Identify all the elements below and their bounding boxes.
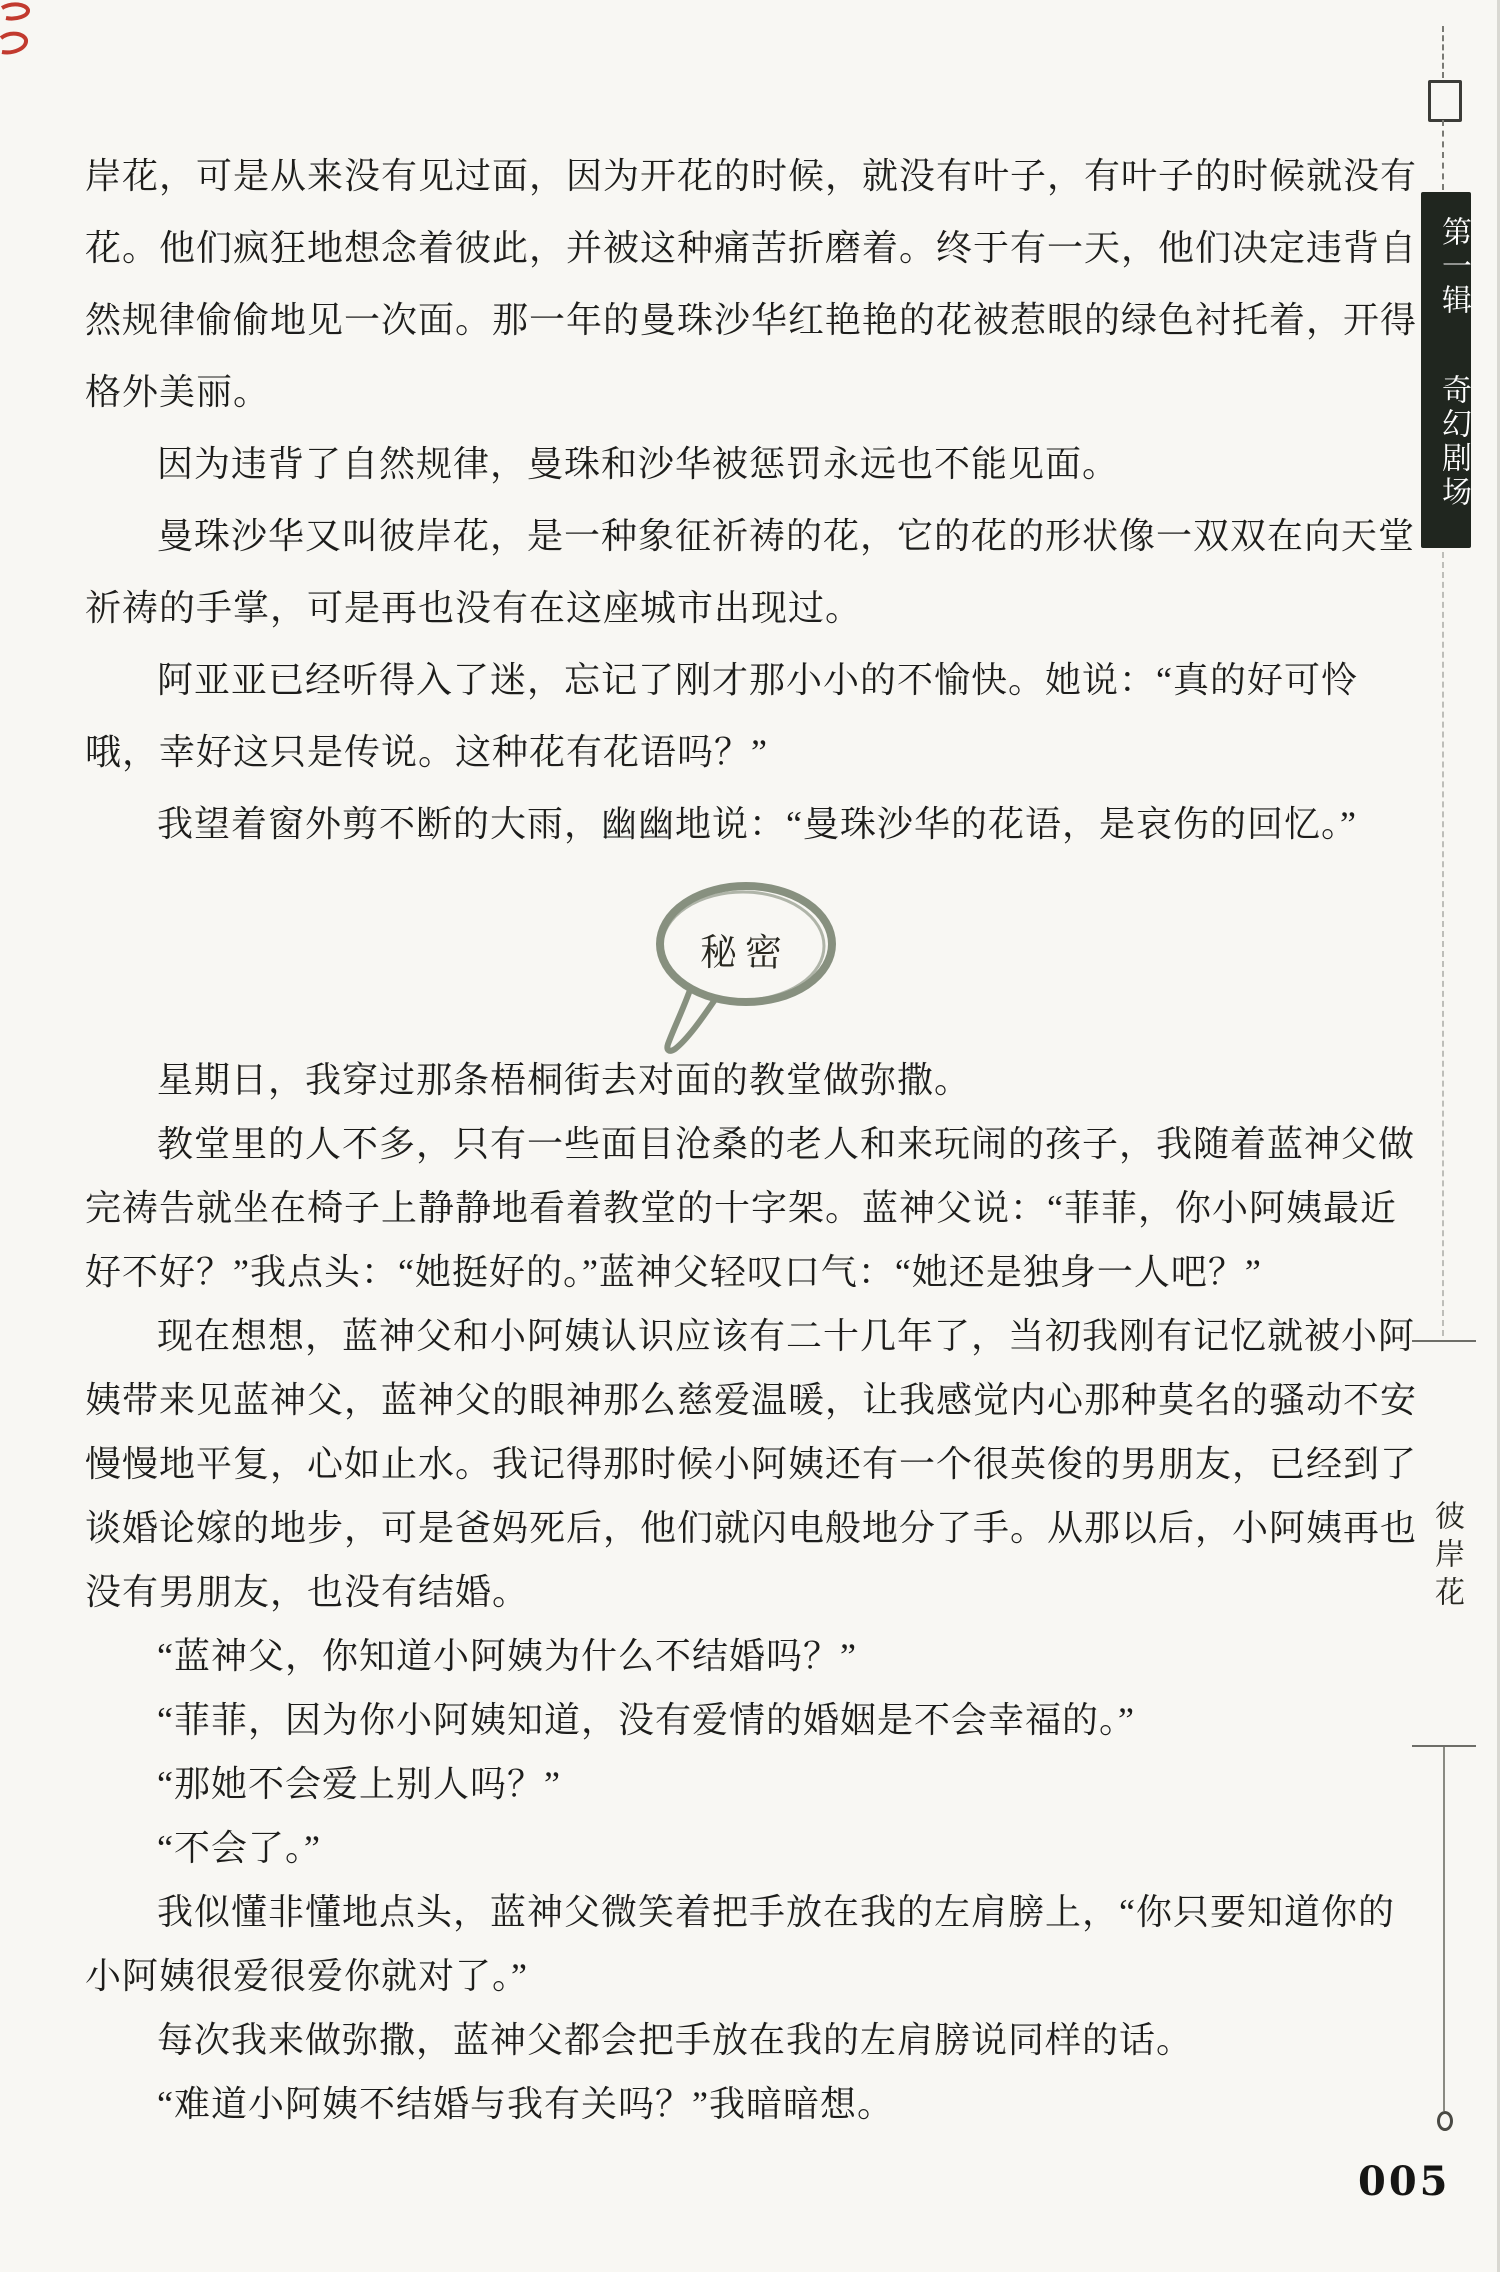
text-line: 慢慢地平复，心如止水。我记得那时候小阿姨还有一个很英俊的男朋友，已经到了 <box>85 1432 1397 1496</box>
text-line: 曼珠沙华又叫彼岸花，是一种象征祈祷的花，它的花的形状像一双双在向天堂 <box>85 500 1397 572</box>
body-text-upper: 岸花，可是从来没有见过面，因为开花的时候，就没有叶子，有叶子的时候就没有花。他们… <box>85 140 1397 860</box>
text-line: 好不好？”我点头：“她挺好的。”蓝神父轻叹口气：“她还是独身一人吧？” <box>85 1240 1397 1304</box>
text-line: 我似懂非懂地点头，蓝神父微笑着把手放在我的左肩膀上，“你只要知道你的 <box>85 1880 1397 1944</box>
secret-bubble-label: 秘密 <box>700 922 810 976</box>
text-line: 祈祷的手掌，可是再也没有在这座城市出现过。 <box>85 572 1397 644</box>
text-line: “蓝神父，你知道小阿姨为什么不结婚吗？” <box>85 1624 1397 1688</box>
text-line: 谈婚论嫁的地步，可是爸妈死后，他们就闪电般地分了手。从那以后，小阿姨再也 <box>85 1496 1397 1560</box>
text-line: 阿亚亚已经听得入了迷，忘记了刚才那小小的不愉快。她说：“真的好可怜 <box>85 644 1397 716</box>
text-line: 因为违背了自然规律，曼珠和沙华被惩罚永远也不能见面。 <box>85 428 1397 500</box>
sidebar-tick-line <box>1412 1340 1476 1342</box>
series-title-box: 第一辑 奇幻剧场 <box>1421 192 1471 548</box>
text-line: “不会了。” <box>85 1816 1397 1880</box>
chapter-title-vertical: 彼岸花 <box>1424 1500 1468 1614</box>
secret-bubble: 秘密 <box>638 872 848 1057</box>
text-line: “那她不会爱上别人吗？” <box>85 1752 1397 1816</box>
text-line: 每次我来做弥撒，蓝神父都会把手放在我的左肩膀说同样的话。 <box>85 2008 1397 2072</box>
text-line: 花。他们疯狂地想念着彼此，并被这种痛苦折磨着。终于有一天，他们决定违背自 <box>85 212 1397 284</box>
text-line: 现在想想，蓝神父和小阿姨认识应该有二十几年了，当初我刚有记忆就被小阿 <box>85 1304 1397 1368</box>
series-title: 奇幻剧场 <box>1431 374 1475 510</box>
sidebar-dashed-line <box>1442 26 1444 78</box>
text-line: 完祷告就坐在椅子上静静地看着教堂的十字架。蓝神父说：“菲菲，你小阿姨最近 <box>85 1176 1397 1240</box>
text-line: 星期日，我穿过那条梧桐街去对面的教堂做弥撒。 <box>85 1048 1397 1112</box>
empty-box-icon <box>1428 80 1462 122</box>
text-line: 我望着窗外剪不断的大雨，幽幽地说：“曼珠沙华的花语，是哀伤的回忆。” <box>85 788 1397 860</box>
sidebar-dashed-line <box>1442 552 1444 1336</box>
text-line: “难道小阿姨不结婚与我有关吗？”我暗暗想。 <box>85 2072 1397 2136</box>
text-line: 格外美丽。 <box>85 356 1397 428</box>
oval-terminator-icon <box>1437 2111 1453 2131</box>
series-label: 第一辑 <box>1431 216 1475 318</box>
red-pen-marks-icon <box>0 0 48 64</box>
text-line: 教堂里的人不多，只有一些面目沧桑的老人和来玩闹的孩子，我随着蓝神父做 <box>85 1112 1397 1176</box>
text-line: “菲菲，因为你小阿姨知道，没有爱情的婚姻是不会幸福的。” <box>85 1688 1397 1752</box>
body-text-lower: 星期日，我穿过那条梧桐街去对面的教堂做弥撒。教堂里的人不多，只有一些面目沧桑的老… <box>85 1048 1397 2136</box>
text-line: 没有男朋友，也没有结婚。 <box>85 1560 1397 1624</box>
book-page: 岸花，可是从来没有见过面，因为开花的时候，就没有叶子，有叶子的时候就没有花。他们… <box>0 0 1500 2272</box>
sidebar-dashed-line <box>1442 120 1444 190</box>
page-number: 005 <box>1358 2158 1451 2205</box>
text-line: 然规律偷偷地见一次面。那一年的曼珠沙华红艳艳的花被惹眼的绿色衬托着，开得 <box>85 284 1397 356</box>
text-line: 小阿姨很爱很爱你就对了。” <box>85 1944 1397 2008</box>
text-line: 哦，幸好这只是传说。这种花有花语吗？” <box>85 716 1397 788</box>
text-line: 岸花，可是从来没有见过面，因为开花的时候，就没有叶子，有叶子的时候就没有 <box>85 140 1397 212</box>
sidebar-solid-line <box>1443 1747 1445 2111</box>
text-line: 姨带来见蓝神父，蓝神父的眼神那么慈爱温暖，让我感觉内心那种莫名的骚动不安 <box>85 1368 1397 1432</box>
